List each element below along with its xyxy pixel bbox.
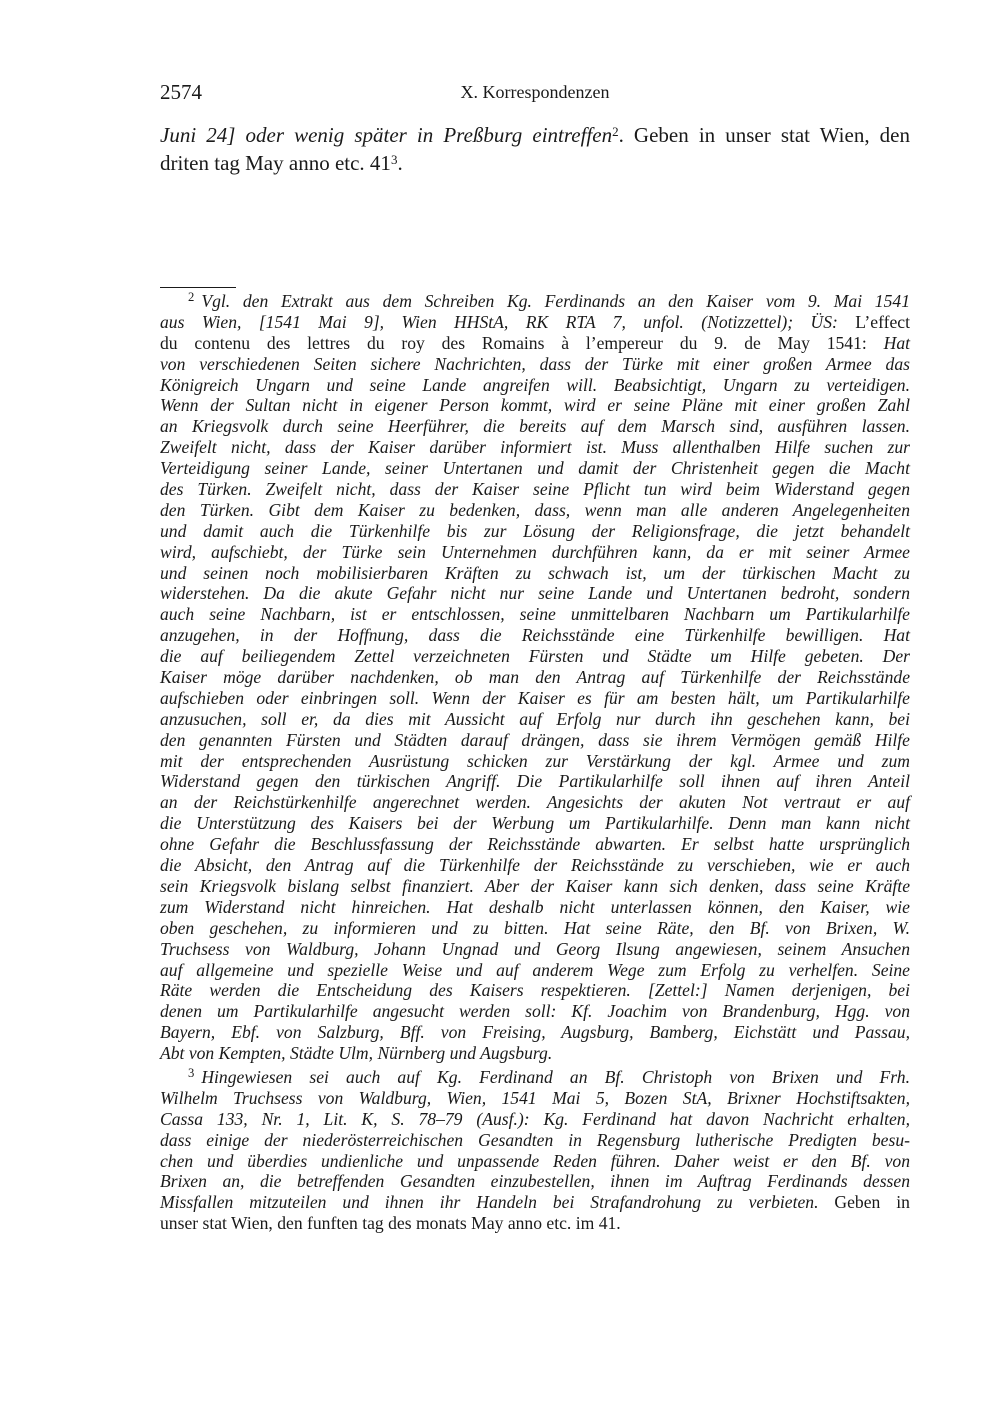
punctuation: . [397,151,402,175]
footnote-line: Missfallen mitzuteilen und ihnen ihr Han… [160,1192,910,1213]
footnote-line: Brixen an, die betreffenden Gesandten ei… [160,1171,910,1192]
italic-text: den Türken. Gibt dem Kaiser zu bedenken,… [160,500,910,520]
italic-text: Juni 24] oder wenig später in Preßburg e… [160,123,612,147]
italic-text: denen um Partikularhilfe angesucht werde… [160,1001,910,1021]
footnote-line: Bayern, Ebf. von Salzburg, Bff. von Frei… [160,1022,910,1043]
footnote-number: 3 [188,1066,194,1080]
footnote-line: und damit auch die Türkenhilfe bis zur L… [160,521,910,542]
italic-text: aus Wien, [1541 Mai 9], Wien HHStA, RK R… [160,312,838,332]
footnote-line: Cassa 133, Nr. 1, Lit. K, S. 78–79 (Ausf… [160,1109,910,1130]
footnote-line: ohne Gefahr die Beschlussfassung der Rei… [160,834,910,855]
italic-text: die auf beiliegendem Zettel verzeichnete… [160,646,910,666]
footnote-line: denen um Partikularhilfe angesucht werde… [160,1001,910,1022]
footnote-separator [160,287,236,288]
footnote-line: Räte werden die Entscheidung des Kaisers… [160,980,910,1001]
italic-text: auf allgemeine und spezielle Weise und a… [160,960,910,980]
footnote-line: mit der entsprechenden Ausrüstung schick… [160,751,910,772]
footnote-line: den genannten Fürsten und Städten darauf… [160,730,910,751]
footnote-line: aufschieben oder einbringen soll. Wenn d… [160,688,910,709]
italic-text: Widerstand gegen den türkischen Angriff.… [160,771,910,791]
footnote-line: den Türken. Gibt dem Kaiser zu bedenken,… [160,500,910,521]
running-head: X. Korrespondenzen [160,82,910,103]
footnote-line: aus Wien, [1541 Mai 9], Wien HHStA, RK R… [160,312,910,333]
italic-text: die Absicht, den Antrag auf die Türkenhi… [160,855,910,875]
italic-text: aufschieben oder einbringen soll. Wenn d… [160,688,910,708]
footnotes: 2Vgl. den Extrakt aus dem Schreiben Kg. … [160,291,910,1234]
footnote-line: dass einige der niederösterreichischen G… [160,1130,910,1151]
italic-text: Königreich Ungarn und seine Lande angrei… [160,375,910,395]
main-text-line: Juni 24] oder wenig später in Preßburg e… [160,121,910,149]
roman-text: du contenu des lettres du roy des Romain… [160,333,884,353]
italic-text: an Kriegsvolk durch seine Heerführer, di… [160,416,910,436]
footnote-line: 3Hingewiesen sei auch auf Kg. Ferdinand … [160,1067,910,1088]
italic-text: ohne Gefahr die Beschlussfassung der Rei… [160,834,910,854]
roman-text: Geben in [818,1192,910,1212]
italic-text: die Unterstützung des Kaisers bei der We… [160,813,910,833]
footnote-line: von verschiedenen Seiten sichere Nachric… [160,354,910,375]
footnote-line: anzusuchen, soll er, da dies mit Aussich… [160,709,910,730]
footnote-line: du contenu des lettres du roy des Romain… [160,333,910,354]
footnote-line: an Kriegsvolk durch seine Heerführer, di… [160,416,910,437]
roman-text: . Geben in unser stat Wien, den [619,123,910,147]
main-text-line: driten tag May anno etc. 413. [160,149,910,177]
italic-text: mit der entsprechenden Ausrüstung schick… [160,751,910,771]
italic-text: Vgl. den Extrakt aus dem Schreiben Kg. F… [201,291,910,311]
italic-text: Räte werden die Entscheidung des Kaisers… [160,980,910,1000]
footnote-line: Wilhelm Truchsess von Waldburg, Wien, 15… [160,1088,910,1109]
italic-text: Abt von Kempten, Städte Ulm, Nürnberg un… [160,1043,552,1063]
roman-text: unser stat Wien, den funften tag des mon… [160,1213,621,1233]
footnote-line: zum Widerstand nicht hinreichen. Hat des… [160,897,910,918]
italic-text: dass einige der niederösterreichischen G… [160,1130,910,1150]
footnote-line: widerstehen. Da die akute Gefahr nicht n… [160,583,910,604]
italic-text: Hingewiesen sei auch auf Kg. Ferdinand a… [201,1067,910,1087]
footnote-line: die Absicht, den Antrag auf die Türkenhi… [160,855,910,876]
footnote-line: Truchsess von Waldburg, Johann Ungnad un… [160,939,910,960]
roman-text: driten tag May anno etc. 41 [160,151,391,175]
italic-text: Bayern, Ebf. von Salzburg, Bff. von Frei… [160,1022,910,1042]
italic-text: Brixen an, die betreffenden Gesandten ei… [160,1171,910,1191]
italic-text: anzugehen, in der Hoffnung, dass die Rei… [160,625,910,645]
italic-text: sein Kriegsvolk bislang selbst finanzier… [160,876,910,896]
footnote-line: Zweifelt nicht, dass der Kaiser darüber … [160,437,910,458]
main-text: Juni 24] oder wenig später in Preßburg e… [160,121,910,177]
footnote-line: chen und überdies undienliche und unpass… [160,1151,910,1172]
footnote-line: sein Kriegsvolk bislang selbst finanzier… [160,876,910,897]
footnote-line: oben geschehen, zu informieren und zu bi… [160,918,910,939]
footnote-line: die auf beiliegendem Zettel verzeichnete… [160,646,910,667]
italic-text: Wilhelm Truchsess von Waldburg, Wien, 15… [160,1088,910,1108]
italic-text: Hat [884,333,910,353]
footnote-line: Kaiser möge darüber nachdenken, ob man d… [160,667,910,688]
italic-text: Missfallen mitzuteilen und ihnen ihr Han… [160,1192,818,1212]
footnote-line: die Unterstützung des Kaisers bei der We… [160,813,910,834]
italic-text: den genannten Fürsten und Städten darauf… [160,730,910,750]
italic-text: Truchsess von Waldburg, Johann Ungnad un… [160,939,910,959]
footnote-2: 2Vgl. den Extrakt aus dem Schreiben Kg. … [160,291,910,1064]
footnote-3: 3Hingewiesen sei auch auf Kg. Ferdinand … [160,1067,910,1234]
italic-text: anzusuchen, soll er, da dies mit Aussich… [160,709,910,729]
footnote-line: Widerstand gegen den türkischen Angriff.… [160,771,910,792]
footnote-line: anzugehen, in der Hoffnung, dass die Rei… [160,625,910,646]
italic-text: widerstehen. Da die akute Gefahr nicht n… [160,583,910,603]
roman-text: L’effect [838,312,910,332]
footnote-line: 2Vgl. den Extrakt aus dem Schreiben Kg. … [160,291,910,312]
italic-text: Cassa 133, Nr. 1, Lit. K, S. 78–79 (Ausf… [160,1109,910,1129]
page-header: 2574 X. Korrespondenzen [160,80,910,106]
italic-text: chen und überdies undienliche und unpass… [160,1151,910,1171]
italic-text: zum Widerstand nicht hinreichen. Hat des… [160,897,910,917]
footnote-line: Verteidigung seiner Lande, seiner Untert… [160,458,910,479]
italic-text: an der Reichstürkenhilfe angerechnet wer… [160,792,910,812]
footnote-line: auch seine Nachbarn, ist er entschlossen… [160,604,910,625]
document-page: 2574 X. Korrespondenzen Juni 24] oder we… [0,0,1004,1418]
italic-text: Kaiser möge darüber nachdenken, ob man d… [160,667,910,687]
italic-text: des Türken. Zweifelt nicht, dass der Kai… [160,479,910,499]
italic-text: und seinen noch mobilisierbaren Kräften … [160,563,910,583]
footnote-number: 2 [188,290,194,304]
italic-text: oben geschehen, zu informieren und zu bi… [160,918,910,938]
footnote-line: Abt von Kempten, Städte Ulm, Nürnberg un… [160,1043,910,1064]
italic-text: wird, aufschiebt, der Türke sein Unterne… [160,542,910,562]
footnote-line: und seinen noch mobilisierbaren Kräften … [160,563,910,584]
footnote-line: an der Reichstürkenhilfe angerechnet wer… [160,792,910,813]
italic-text: von verschiedenen Seiten sichere Nachric… [160,354,910,374]
footnote-line: auf allgemeine und spezielle Weise und a… [160,960,910,981]
footnote-line: wird, aufschiebt, der Türke sein Unterne… [160,542,910,563]
italic-text: Verteidigung seiner Lande, seiner Untert… [160,458,910,478]
footnote-line: Königreich Ungarn und seine Lande angrei… [160,375,910,396]
italic-text: auch seine Nachbarn, ist er entschlossen… [160,604,910,624]
footnote-line: Wenn der Sultan nicht in eigener Person … [160,395,910,416]
footnote-line: unser stat Wien, den funften tag des mon… [160,1213,910,1234]
italic-text: und damit auch die Türkenhilfe bis zur L… [160,521,910,541]
footnote-line: des Türken. Zweifelt nicht, dass der Kai… [160,479,910,500]
italic-text: Zweifelt nicht, dass der Kaiser darüber … [160,437,910,457]
italic-text: Wenn der Sultan nicht in eigener Person … [160,395,910,415]
